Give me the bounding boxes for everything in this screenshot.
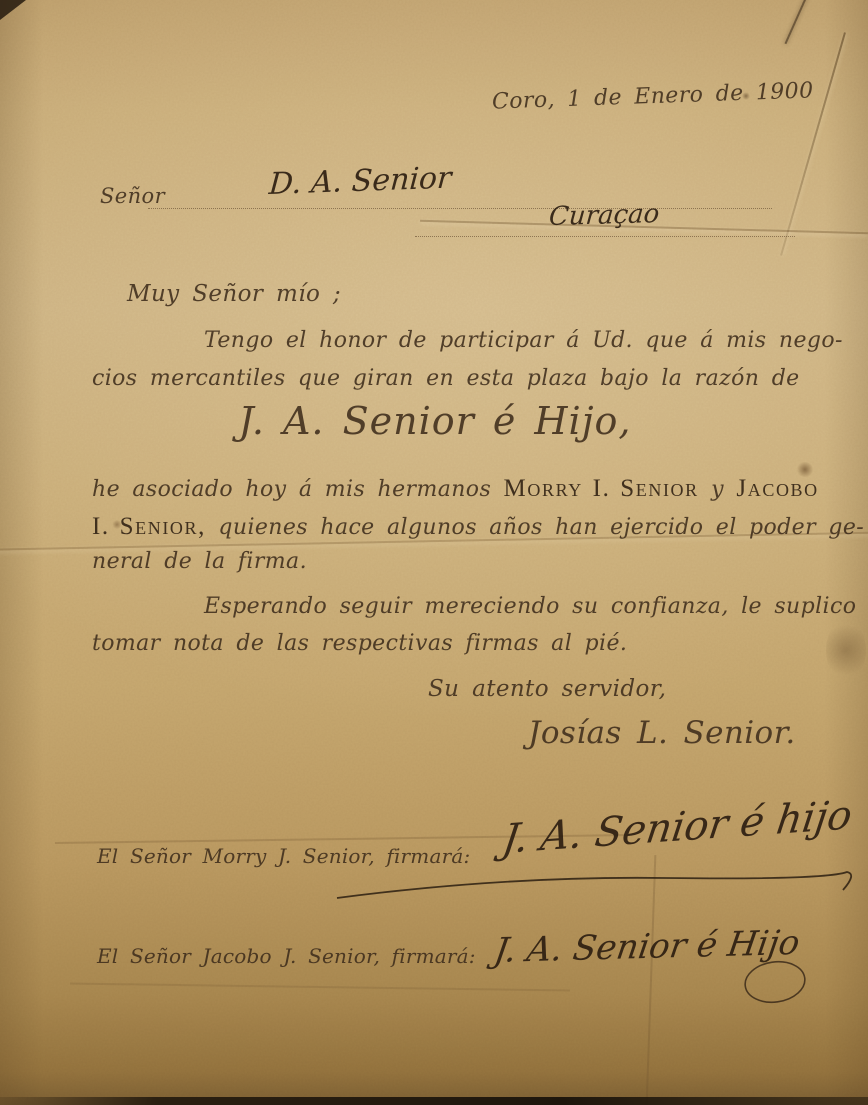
recipient-label: Señor [100, 186, 165, 207]
signature-label-2: El Señor Jacobo J. Senior, firmará: [97, 946, 476, 966]
body-text: quienes hace algunos años han ejercido e… [218, 515, 864, 540]
body-line: Esperando seguir mereciendo su confianza… [204, 596, 856, 618]
table-edge-shadow [0, 1097, 868, 1105]
signature-script-1: J. A. Senior é hijo [500, 795, 854, 860]
body-line: neral de la firma. [92, 551, 307, 573]
tear-mark [785, 0, 808, 44]
stain-spot [826, 620, 866, 680]
partner-name-morry: Morry I. Senior [504, 475, 699, 502]
crease-line [646, 855, 657, 1105]
signer-name: Josías L. Senior. [528, 718, 796, 749]
body-line: I. Senior, quienes hace algunos años han… [92, 514, 864, 539]
body-line: cios mercantiles que giran en esta plaza… [92, 368, 800, 390]
letter-photo: Coro, 1 de Enero de 1900 Señor D. A. Sen… [0, 0, 868, 1105]
partner-name-jacobo-cont: I. Senior, [92, 513, 206, 540]
crease-line [70, 983, 570, 992]
body-text: y [711, 477, 724, 502]
signature-script-2: J. A. Senior é Hijo [492, 926, 802, 968]
firm-name: J. A. Senior é Hijo, [215, 402, 655, 440]
body-line: he asociado hoy á mis hermanos Morry I. … [92, 476, 819, 501]
closing: Su atento servidor, [428, 678, 666, 701]
partner-name-jacobo: Jacobo [736, 475, 818, 502]
signature-label-1: El Señor Morry J. Senior, firmará: [97, 846, 470, 866]
recipient-city: Curaçao [548, 201, 660, 230]
recipient-name: D. A. Senior [268, 164, 452, 200]
salutation: Muy Señor mío ; [127, 283, 341, 306]
body-line: tomar nota de las respectivas firmas al … [92, 633, 627, 655]
body-line: Tengo el honor de participar á Ud. que á… [204, 330, 843, 352]
corner-shadow [0, 0, 26, 20]
body-text: he asociado hoy á mis hermanos [92, 477, 491, 502]
date-line: Coro, 1 de Enero de 1900 [492, 80, 814, 113]
